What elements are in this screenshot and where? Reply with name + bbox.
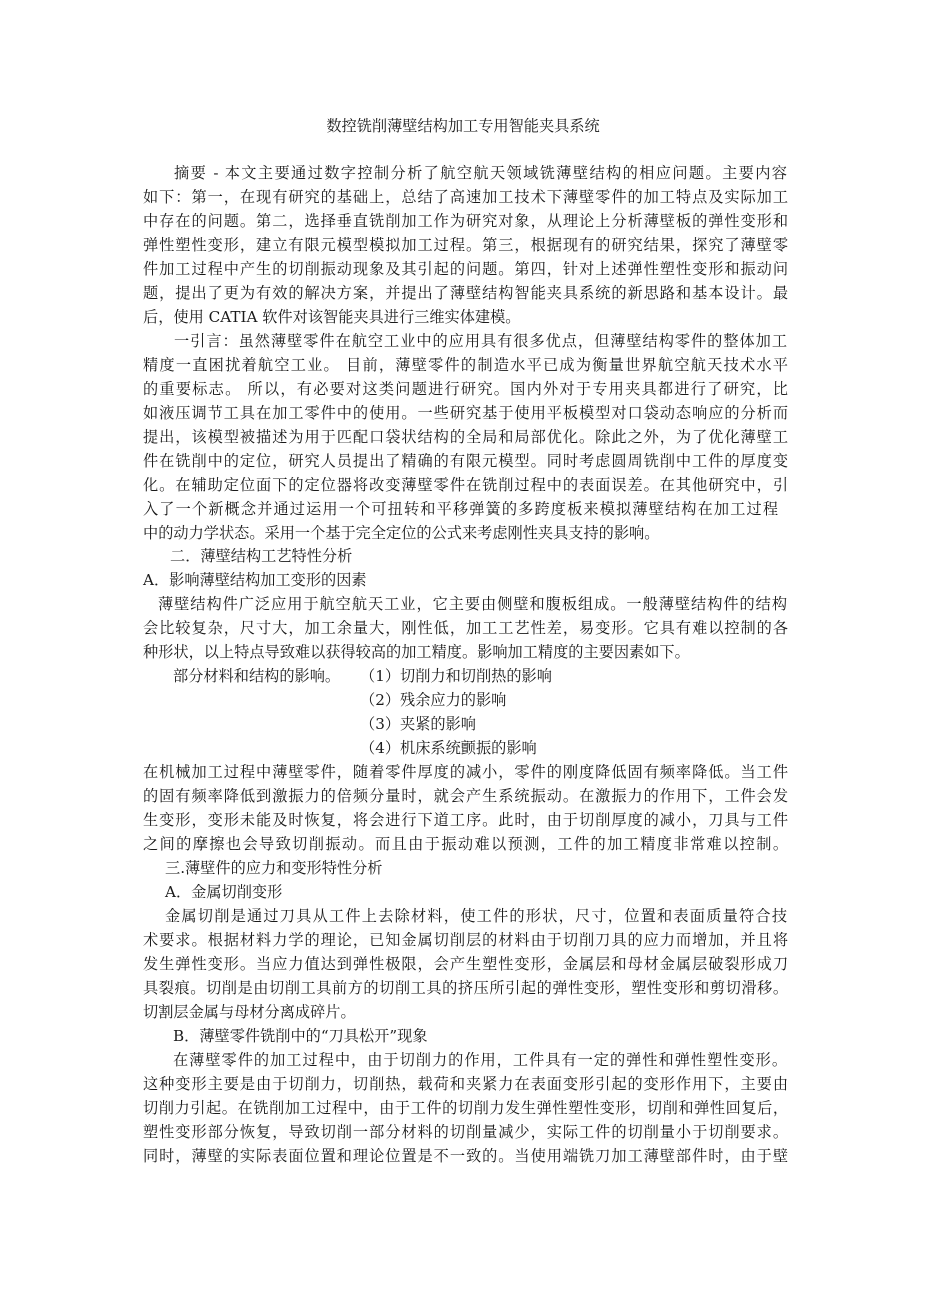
intro-line: 一引言：虽然薄壁零件在航空工业中的应用具有很多优点，但薄壁结构零件的整体加工 [174, 331, 787, 351]
intro-line: 如液压调节工具在加工零件中的使用。一些研究基于使用平板模型对口袋动态响应的分析而 [143, 403, 788, 423]
intro-line: 入了一个新概念并通过运用一个可扭转和平移弹簧的多跨度板来模拟薄壁结构在加工过程 [143, 499, 778, 519]
factor-item: （4）机床系统颤振的影响 [360, 738, 537, 758]
document-title: 数控铣削薄壁结构加工专用智能夹具系统 [0, 116, 926, 136]
section-2-heading: 二．薄壁结构工艺特性分析 [170, 546, 352, 566]
body-line: 切割层金属与母材分离成碎片。 [143, 1002, 788, 1022]
document-page: 数控铣削薄壁结构加工专用智能夹具系统 摘要 - 本文主要通过数字控制分析了航空航… [0, 0, 926, 1309]
body-line: 发生弹性变形。当应力值达到弹性极限，会产生塑性变形，金属层和母材金属层破裂形成刀 [143, 954, 788, 974]
body-line: 种形状，以上特点导致难以获得较高的加工精度。影响加工精度的主要因素如下。 [143, 642, 788, 662]
body-line: 术要求。根据材料力学的理论，已知金属切削层的材料由于切削刀具的应力而增加，并且将 [143, 930, 788, 950]
factors-lead: 部分材料和结构的影响。 [173, 666, 340, 686]
intro-line: 件在铣削中的定位，研究人员提出了精确的有限元模型。同时考虑圆周铣削中工件的厚度变 [143, 451, 788, 471]
abstract-line: 件加工过程中产生的切削振动现象及其引起的问题。第四，针对上述弹性塑性变形和振动问 [143, 259, 788, 279]
body-line: 金属切削是通过刀具从工件上去除材料，使工件的形状，尺寸，位置和表面质量符合技 [165, 906, 787, 926]
intro-line: 化。在辅助定位面下的定位器将改变薄壁零件在铣削过程中的表面误差。在其他研究中，引 [143, 475, 788, 495]
body-line: 这种变形主要是由于切削力，切削热，载荷和夹紧力在表面变形引起的变形作用下，主要由 [143, 1074, 788, 1094]
factor-item: （3）夹紧的影响 [360, 714, 476, 734]
body-line: 同时，薄壁的实际表面位置和理论位置是不一致的。当使用端铣刀加工薄壁部件时，由于壁 [143, 1146, 788, 1166]
body-line: 具裂痕。切削是由切削工具前方的切削工具的挤压所引起的弹性变形，塑性变形和剪切滑移… [143, 978, 788, 998]
abstract-line: 后，使用 CATIA 软件对该智能夹具进行三维实体建模。 [143, 307, 788, 327]
intro-line: 中的动力学状态。采用一个基于完全定位的公式来考虑刚性夹具支持的影响。 [143, 523, 788, 543]
body-line: 生变形，变形未能及时恢复，将会进行下道工序。此时，由于切削厚度的减小，刀具与工件 [143, 810, 788, 830]
body-line: 塑性变形部分恢复，导致切削一部分材料的切削量减少，实际工件的切削量小于切削要求。 [143, 1122, 788, 1142]
abstract-line: 中存在的问题。第二，选择垂直铣削加工作为研究对象，从理论上分析薄壁板的弹性变形和 [143, 211, 788, 231]
abstract-line: 弹性塑性变形，建立有限元模型模拟加工过程。第三，根据现有的研究结果，探究了薄壁零 [143, 235, 788, 255]
body-line: 的固有频率降低到激振力的倍频分量时，就会产生系统振动。在激振力的作用下，工件会发 [143, 786, 788, 806]
intro-line: 精度一直困扰着航空工业。 目前，薄壁零件的制造水平已成为衡量世界航空航天技术水平 [143, 355, 788, 375]
intro-line: 的重要标志。 所以，有必要对这类问题进行研究。国内外对于专用夹具都进行了研究，比 [143, 379, 788, 399]
body-line: 薄壁结构件广泛应用于航空航天工业，它主要由侧壁和腹板组成。一般薄壁结构件的结构 [158, 594, 787, 614]
factor-item: （1）切削力和切削热的影响 [360, 666, 552, 686]
body-line: 在薄壁零件的加工过程中，由于切削力的作用，工件具有一定的弹性和弹性塑性变形。 [173, 1050, 787, 1070]
abstract-line: 摘要 - 本文主要通过数字控制分析了航空航天领域铣薄壁结构的相应问题。主要内容 [174, 163, 787, 183]
factor-item: （2）残余应力的影响 [360, 690, 506, 710]
body-line: 在机械加工过程中薄壁零件，随着零件厚度的减小，零件的刚度降低固有频率降低。当工件 [143, 762, 788, 782]
abstract-line: 题，提出了更为有效的解决方案，并提出了薄壁结构智能夹具系统的新思路和基本设计。最 [143, 283, 788, 303]
abstract-line: 如下：第一，在现有研究的基础上，总结了高速加工技术下薄壁零件的加工特点及实际加工 [143, 187, 788, 207]
section-2a-heading: A．影响薄壁结构加工变形的因素 [143, 570, 367, 590]
body-line: 切削力引起。在铣削加工过程中，由于工件的切削力发生弹性塑性变形，切削和弹性回复后… [143, 1098, 788, 1118]
section-3b-heading: B．薄壁零件铣削中的“刀具松开”现象 [173, 1026, 428, 1046]
body-line: 会比较复杂，尺寸大，加工余量大，刚性低，加工工艺性差，易变形。它具有难以控制的各 [143, 618, 788, 638]
section-3-heading: 三.薄壁件的应力和变形特性分析 [165, 858, 382, 878]
section-3a-heading: A．金属切削变形 [165, 882, 282, 902]
body-line: 之间的摩擦也会导致切削振动。而且由于振动难以预测，工件的加工精度非常难以控制。 [143, 834, 788, 854]
intro-line: 提出，该模型被描述为用于匹配口袋状结构的全局和局部优化。除此之外，为了优化薄壁工 [143, 427, 788, 447]
